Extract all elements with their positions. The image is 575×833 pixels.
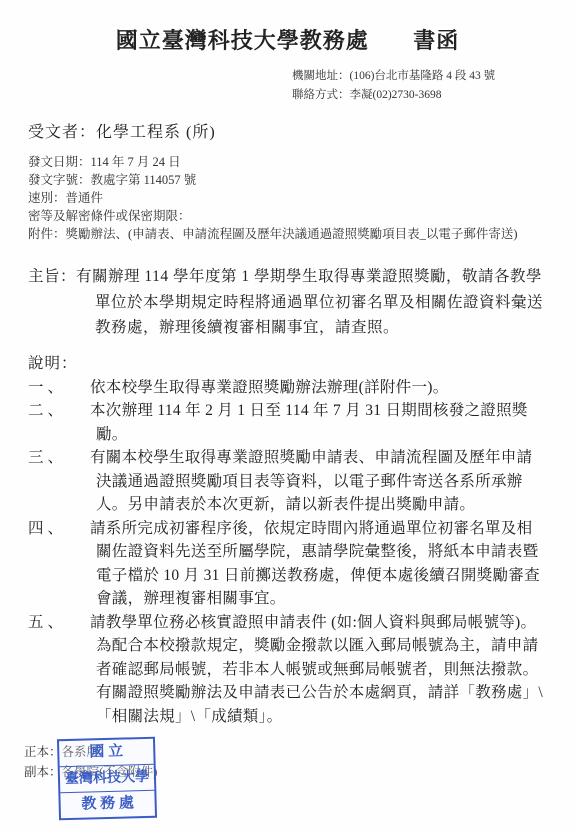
- priority-label: 速別：: [28, 191, 66, 205]
- priority-value: 普通件: [66, 191, 104, 205]
- item-text: 請教學單位務必核實證照申請表件 (如:個人資料與郵局帳號等)。為配合本校撥款規定…: [90, 614, 543, 725]
- original-label: 正本：: [24, 745, 62, 759]
- contact-label: 聯絡方式：: [292, 89, 350, 101]
- description-item-3: 三、有關本校學生取得專業證照獎勵申請表、申請流程圖及歷年申請決議通過證照獎勵項目…: [28, 446, 547, 517]
- confidentiality-line: 密等及解密條件或保密期限：: [28, 207, 575, 225]
- doc-type-title: 書函: [413, 28, 459, 53]
- description-item-4: 四、請系所完成初審程序後，依規定時間內將通過單位初審名單及相關佐證資料先送至所屬…: [28, 517, 547, 611]
- attachment-line: 附件：獎勵辦法、(申請表、申請流程圖及歷年決議通過證照獎勵項目表_以電子郵件寄送…: [28, 225, 575, 243]
- description-item-5: 五、請教學單位務必核實證照申請表件 (如:個人資料與郵局帳號等)。為配合本校撥款…: [28, 611, 547, 729]
- stamp-row-3: 教 務 處: [60, 791, 155, 818]
- description-item-2: 二、本次辦理 114 年 2 月 1 日至 114 年 7 月 31 日期間核發…: [28, 399, 547, 446]
- recipient-line: 受文者：化學工程系 (所): [28, 119, 575, 142]
- item-number: 二、: [28, 399, 90, 423]
- issue-date-label: 發文日期：: [28, 155, 91, 169]
- doc-number-label: 發文字號：: [28, 173, 91, 187]
- issuing-org-title: 國立臺灣科技大學教務處: [116, 28, 369, 53]
- item-text: 本次辦理 114 年 2 月 1 日至 114 年 7 月 31 日期間核發之證…: [90, 402, 528, 443]
- description-items: 一、依本校學生取得專業證照獎勵辦法辦理(詳附件一)。 二、本次辦理 114 年 …: [28, 376, 547, 729]
- doc-number-line: 發文字號：教處字第 114057 號: [28, 171, 575, 189]
- document-meta-block: 發文日期：114 年 7 月 24 日 發文字號：教處字第 114057 號 速…: [28, 153, 575, 243]
- issue-date-value: 114 年 7 月 24 日: [91, 155, 181, 169]
- office-seal-stamp: 國 立 臺灣科技大學 教 務 處: [57, 737, 157, 821]
- subject-paragraph: 主旨：有關辦理 114 學年度第 1 學期學生取得專業證照獎勵，敬請各教學單位於…: [28, 264, 547, 341]
- stamp-row-2: 臺灣科技大學: [60, 765, 155, 793]
- agency-address-value: (106)台北市基隆路 4 段 43 號: [350, 70, 496, 82]
- issue-date-line: 發文日期：114 年 7 月 24 日: [28, 153, 575, 171]
- document-title: 國立臺灣科技大學教務處 書函: [0, 0, 575, 55]
- agency-address-label: 機關地址：: [292, 70, 350, 82]
- agency-info-block: 機關地址：(106)台北市基隆路 4 段 43 號 聯絡方式：李凝(02)273…: [292, 67, 575, 105]
- item-number: 三、: [28, 446, 90, 470]
- doc-number-value: 教處字第 114057 號: [91, 173, 197, 187]
- copy-label: 副本：: [24, 765, 62, 779]
- item-number: 五、: [28, 611, 90, 635]
- item-text: 有關本校學生取得專業證照獎勵申請表、申請流程圖及歷年申請決議通過證照獎勵項目表等…: [90, 449, 532, 513]
- attachment-value: 獎勵辦法、(申請表、申請流程圖及歷年決議通過證照獎勵項目表_以電子郵件寄送): [66, 227, 518, 241]
- description-label: 說明：: [28, 351, 575, 373]
- confidentiality-label: 密等及解密條件或保密期限：: [28, 209, 191, 223]
- priority-line: 速別：普通件: [28, 189, 575, 207]
- official-document-page: 國立臺灣科技大學教務處 書函 機關地址：(106)台北市基隆路 4 段 43 號…: [0, 0, 575, 833]
- item-text: 請系所完成初審程序後，依規定時間內將通過單位初審名單及相關佐證資料先送至所屬學院…: [90, 520, 540, 608]
- description-item-1: 一、依本校學生取得專業證照獎勵辦法辦理(詳附件一)。: [28, 376, 547, 400]
- recipient-label: 受文者：: [28, 124, 96, 141]
- item-number: 一、: [28, 376, 90, 400]
- item-number: 四、: [28, 517, 90, 541]
- agency-address-line: 機關地址：(106)台北市基隆路 4 段 43 號: [292, 67, 575, 86]
- contact-line: 聯絡方式：李凝(02)2730-3698: [292, 86, 575, 105]
- item-text: 依本校學生取得專業證照獎勵辦法辦理(詳附件一)。: [90, 379, 449, 396]
- recipient-value: 化學工程系 (所): [96, 124, 216, 141]
- attachment-label: 附件：: [28, 227, 66, 241]
- stamp-row-1: 國 立: [59, 739, 154, 767]
- subject-label: 主旨：: [28, 268, 76, 285]
- subject-text: 有關辦理 114 學年度第 1 學期學生取得專業證照獎勵，敬請各教學單位於本學期…: [76, 268, 543, 336]
- contact-value: 李凝(02)2730-3698: [350, 89, 442, 101]
